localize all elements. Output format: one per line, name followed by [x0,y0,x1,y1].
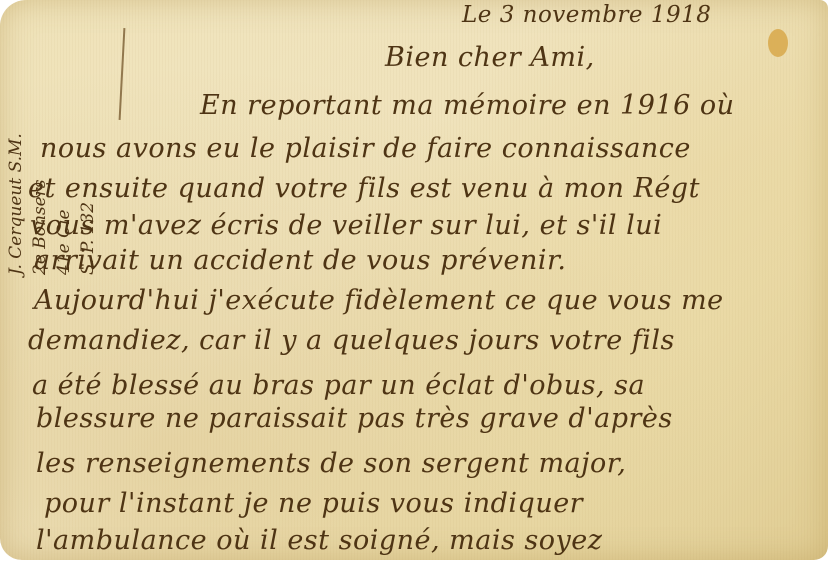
body-line: Aujourd'hui j'exécute fidèlement ce que … [34,285,724,316]
body-line: En reportant ma mémoire en 1916 où [200,90,735,121]
body-line: pour l'instant je ne puis vous indiquer [44,488,583,519]
sender-name: J. Cerqueut S.M. [4,133,28,275]
ink-stain [768,29,788,57]
postcard: Le 3 novembre 1918 Bien cher Ami, J. Cer… [0,0,828,560]
salutation: Bien cher Ami, [385,42,595,73]
body-line: nous avons eu le plaisir de faire connai… [40,133,691,164]
body-line: arrivait un accident de vous prévenir. [34,245,567,276]
letter-date: Le 3 novembre 1918 [462,2,711,28]
body-line: l'ambulance où il est soigné, mais soyez [36,525,603,556]
body-line: demandiez, car il y a quelques jours vot… [28,325,675,356]
body-line: vous m'avez écris de veiller sur lui, et… [30,210,662,241]
body-line: les renseignements de son sergent major, [36,448,626,479]
body-line: et ensuite quand votre fils est venu à m… [28,173,700,204]
margin-underline [119,28,126,120]
body-line: a été blessé au bras par un éclat d'obus… [32,370,645,401]
body-line: blessure ne paraissait pas très grave d'… [36,403,673,434]
